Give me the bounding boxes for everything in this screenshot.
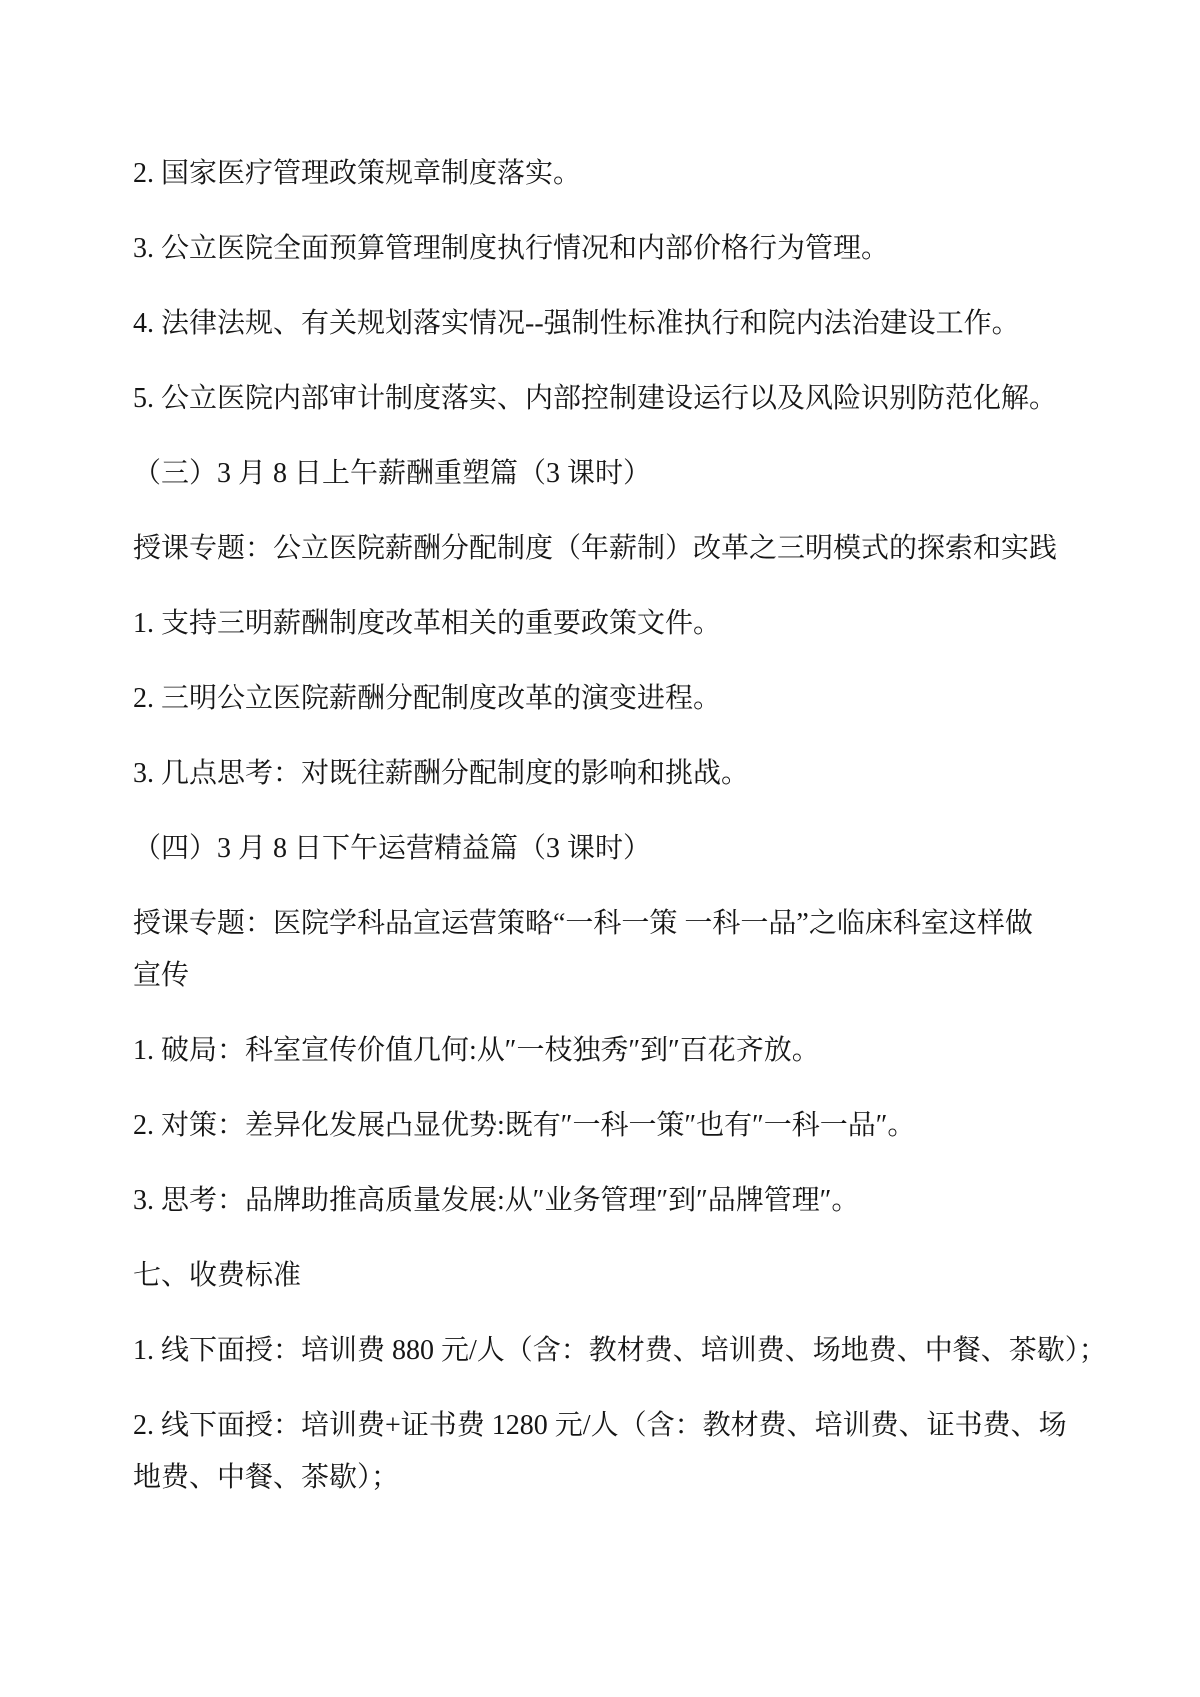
section-heading: （三）3 月 8 日上午薪酬重塑篇（3 课时）: [133, 448, 1090, 500]
list-item: 5. 公立医院内部审计制度落实、内部控制建设运行以及风险识别防范化解。: [133, 373, 1090, 425]
list-item: 4. 法律法规、有关规划落实情况--强制性标准执行和院内法治建设工作。: [133, 298, 1090, 350]
text-line: 授课专题：公立医院薪酬分配制度（年薪制）改革之三明模式的探索和实践: [133, 523, 1090, 575]
list-item: 1. 破局：科室宣传价值几何:从″一枝独秀″到″百花齐放。: [133, 1025, 1090, 1077]
text-line: 5. 公立医院内部审计制度落实、内部控制建设运行以及风险识别防范化解。: [133, 373, 1090, 425]
list-item: 3. 几点思考：对既往薪酬分配制度的影响和挑战。: [133, 748, 1090, 800]
text-line: 2. 三明公立医院薪酬分配制度改革的演变进程。: [133, 673, 1090, 725]
text-line: （四）3 月 8 日下午运营精益篇（3 课时）: [133, 823, 1090, 875]
text-line: 3. 公立医院全面预算管理制度执行情况和内部价格行为管理。: [133, 223, 1090, 275]
text-line: 4. 法律法规、有关规划落实情况--强制性标准执行和院内法治建设工作。: [133, 298, 1090, 350]
text-line: 地费、中餐、茶歇）；: [133, 1452, 1090, 1504]
text-line: （三）3 月 8 日上午薪酬重塑篇（3 课时）: [133, 448, 1090, 500]
text-line: 2. 线下面授：培训费+证书费 1280 元/人（含：教材费、培训费、证书费、场: [133, 1400, 1090, 1452]
text-line: 1. 线下面授：培训费 880 元/人（含：教材费、培训费、场地费、中餐、茶歇）…: [133, 1325, 1090, 1377]
list-item: 3. 思考：品牌助推高质量发展:从″业务管理″到″品牌管理″。: [133, 1175, 1090, 1227]
list-item: 3. 公立医院全面预算管理制度执行情况和内部价格行为管理。: [133, 223, 1090, 275]
topic-line: 授课专题：公立医院薪酬分配制度（年薪制）改革之三明模式的探索和实践: [133, 523, 1090, 575]
section-heading: （四）3 月 8 日下午运营精益篇（3 课时）: [133, 823, 1090, 875]
text-line: 授课专题：医院学科品宣运营策略“一科一策 一科一品”之临床科室这样做: [133, 898, 1090, 950]
text-line: 2. 对策：差异化发展凸显优势:既有″一科一策″也有″一科一品″。: [133, 1100, 1090, 1152]
topic-line: 授课专题：医院学科品宣运营策略“一科一策 一科一品”之临床科室这样做 宣传: [133, 898, 1090, 1002]
text-line: 1. 支持三明薪酬制度改革相关的重要政策文件。: [133, 598, 1090, 650]
list-item: 2. 对策：差异化发展凸显优势:既有″一科一策″也有″一科一品″。: [133, 1100, 1090, 1152]
list-item: 1. 线下面授：培训费 880 元/人（含：教材费、培训费、场地费、中餐、茶歇）…: [133, 1325, 1090, 1377]
list-item: 2. 线下面授：培训费+证书费 1280 元/人（含：教材费、培训费、证书费、场…: [133, 1400, 1090, 1504]
text-line: 七、收费标准: [133, 1250, 1090, 1302]
text-line: 3. 思考：品牌助推高质量发展:从″业务管理″到″品牌管理″。: [133, 1175, 1090, 1227]
document-page: 2. 国家医疗管理政策规章制度落实。 3. 公立医院全面预算管理制度执行情况和内…: [0, 0, 1200, 1697]
text-line: 2. 国家医疗管理政策规章制度落实。: [133, 148, 1090, 200]
list-item: 2. 三明公立医院薪酬分配制度改革的演变进程。: [133, 673, 1090, 725]
text-line: 1. 破局：科室宣传价值几何:从″一枝独秀″到″百花齐放。: [133, 1025, 1090, 1077]
list-item: 2. 国家医疗管理政策规章制度落实。: [133, 148, 1090, 200]
list-item: 1. 支持三明薪酬制度改革相关的重要政策文件。: [133, 598, 1090, 650]
text-line: 3. 几点思考：对既往薪酬分配制度的影响和挑战。: [133, 748, 1090, 800]
text-line: 宣传: [133, 950, 1090, 1002]
section-heading: 七、收费标准: [133, 1250, 1090, 1302]
